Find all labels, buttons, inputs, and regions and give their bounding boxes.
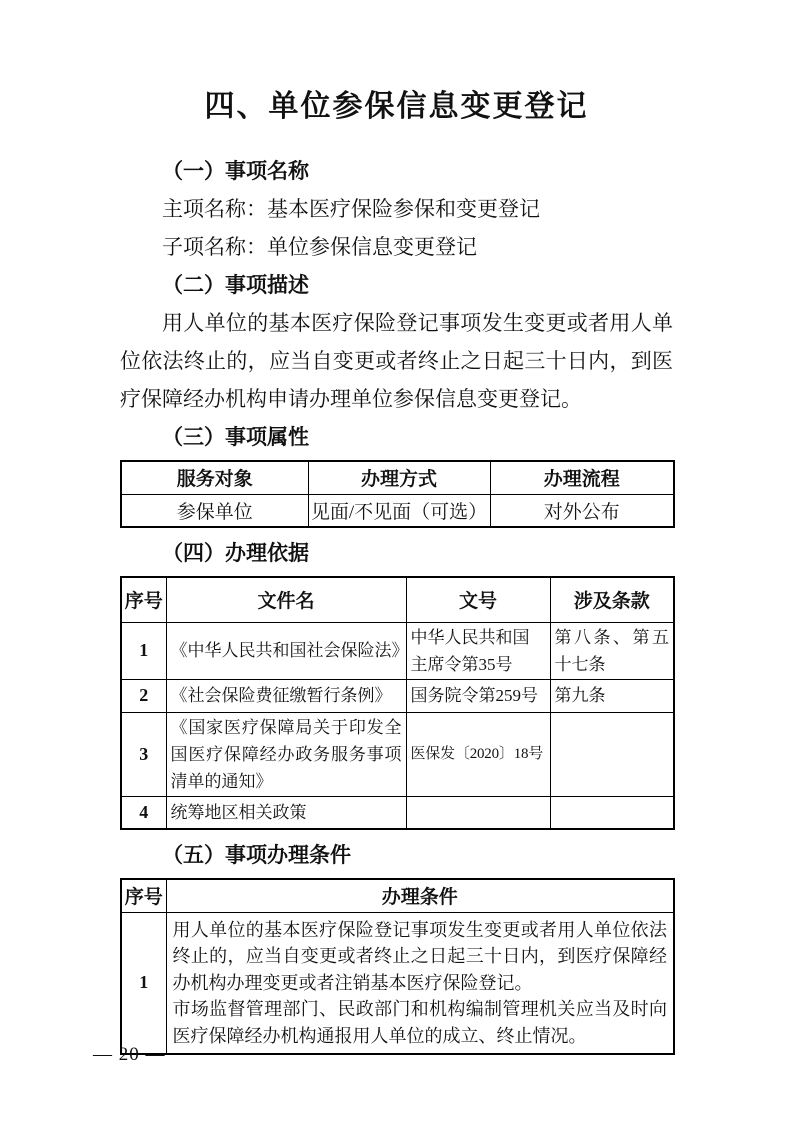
item-description-paragraph: 用人单位的基本医疗保险登记事项发生变更或者用人单位依法终止的，应当自变更或者终止…	[120, 304, 673, 418]
col-header-seq: 序号	[121, 577, 166, 622]
table-row: 4 统筹地区相关政策	[121, 796, 674, 829]
condition-paragraph: 用人单位的基本医疗保险登记事项发生变更或者用人单位依法终止的，应当自变更或者终止…	[173, 917, 668, 997]
cell-articles: 第八条、第五十七条	[550, 622, 674, 679]
cell-articles	[550, 712, 674, 796]
legal-basis-table: 序号 文件名 文号 涉及条款 1 《中华人民共和国社会保险法》 中华人民共和国主…	[120, 576, 675, 830]
cell-service-target: 参保单位	[121, 494, 308, 527]
page-number: — 20 —	[93, 1042, 166, 1068]
col-header-handle-method: 办理方式	[308, 461, 490, 494]
table-row: 2 《社会保险费征缴暂行条例》 国务院令第259号 第九条	[121, 679, 674, 712]
cell-seq: 1	[121, 912, 166, 1054]
cell-seq: 1	[121, 622, 166, 679]
cell-seq: 3	[121, 712, 166, 796]
cell-doc-number: 医保发〔2020〕18号	[406, 712, 550, 796]
conditions-table: 序号 办理条件 1 用人单位的基本医疗保险登记事项发生变更或者用人单位依法终止的…	[120, 878, 675, 1055]
cell-doc-number: 国务院令第259号	[406, 679, 550, 712]
attributes-table-header-row: 服务对象 办理方式 办理流程	[121, 461, 674, 494]
document-page: 四、单位参保信息变更登记 （一）事项名称 主项名称：基本医疗保险参保和变更登记 …	[0, 0, 793, 1122]
cell-seq: 2	[121, 679, 166, 712]
col-header-handle-process: 办理流程	[490, 461, 674, 494]
page-title: 四、单位参保信息变更登记	[0, 0, 793, 130]
section-heading-item-attributes: （三）事项属性	[120, 418, 673, 456]
cell-articles: 第九条	[550, 679, 674, 712]
cell-articles	[550, 796, 674, 829]
legal-basis-header-row: 序号 文件名 文号 涉及条款	[121, 577, 674, 622]
col-header-condition: 办理条件	[166, 879, 674, 912]
section-heading-legal-basis: （四）办理依据	[120, 534, 673, 572]
col-header-articles: 涉及条款	[550, 577, 674, 622]
col-header-service-target: 服务对象	[121, 461, 308, 494]
cell-handle-method: 见面/不见面（可选）	[308, 494, 490, 527]
section-heading-conditions: （五）事项办理条件	[120, 836, 673, 874]
cell-handle-process: 对外公布	[490, 494, 674, 527]
main-item-name-line: 主项名称：基本医疗保险参保和变更登记	[120, 190, 673, 228]
section-heading-item-description: （二）事项描述	[120, 266, 673, 304]
table-row: 1 《中华人民共和国社会保险法》 中华人民共和国主席令第35号 第八条、第五十七…	[121, 622, 674, 679]
cell-doc-name: 《社会保险费征缴暂行条例》	[166, 679, 406, 712]
cell-doc-name: 《中华人民共和国社会保险法》	[166, 622, 406, 679]
table-row: 3 《国家医疗保障局关于印发全国医疗保障经办政务服务事项清单的通知》 医保发〔2…	[121, 712, 674, 796]
table-row: 参保单位 见面/不见面（可选） 对外公布	[121, 494, 674, 527]
attributes-table: 服务对象 办理方式 办理流程 参保单位 见面/不见面（可选） 对外公布	[120, 460, 675, 528]
cell-doc-name: 统筹地区相关政策	[166, 796, 406, 829]
cell-seq: 4	[121, 796, 166, 829]
section-heading-item-name: （一）事项名称	[120, 152, 673, 190]
col-header-seq: 序号	[121, 879, 166, 912]
table-row: 1 用人单位的基本医疗保险登记事项发生变更或者用人单位依法终止的，应当自变更或者…	[121, 912, 674, 1054]
col-header-doc-name: 文件名	[166, 577, 406, 622]
cell-doc-number: 中华人民共和国主席令第35号	[406, 622, 550, 679]
cell-doc-number	[406, 796, 550, 829]
condition-paragraph: 市场监督管理部门、民政部门和机构编制管理机关应当及时向医疗保障经办机构通报用人单…	[173, 996, 668, 1049]
sub-item-name-line: 子项名称：单位参保信息变更登记	[120, 228, 673, 266]
conditions-header-row: 序号 办理条件	[121, 879, 674, 912]
col-header-doc-number: 文号	[406, 577, 550, 622]
cell-doc-name: 《国家医疗保障局关于印发全国医疗保障经办政务服务事项清单的通知》	[166, 712, 406, 796]
document-body: （一）事项名称 主项名称：基本医疗保险参保和变更登记 子项名称：单位参保信息变更…	[120, 130, 673, 1061]
cell-condition: 用人单位的基本医疗保险登记事项发生变更或者用人单位依法终止的，应当自变更或者终止…	[166, 912, 674, 1054]
